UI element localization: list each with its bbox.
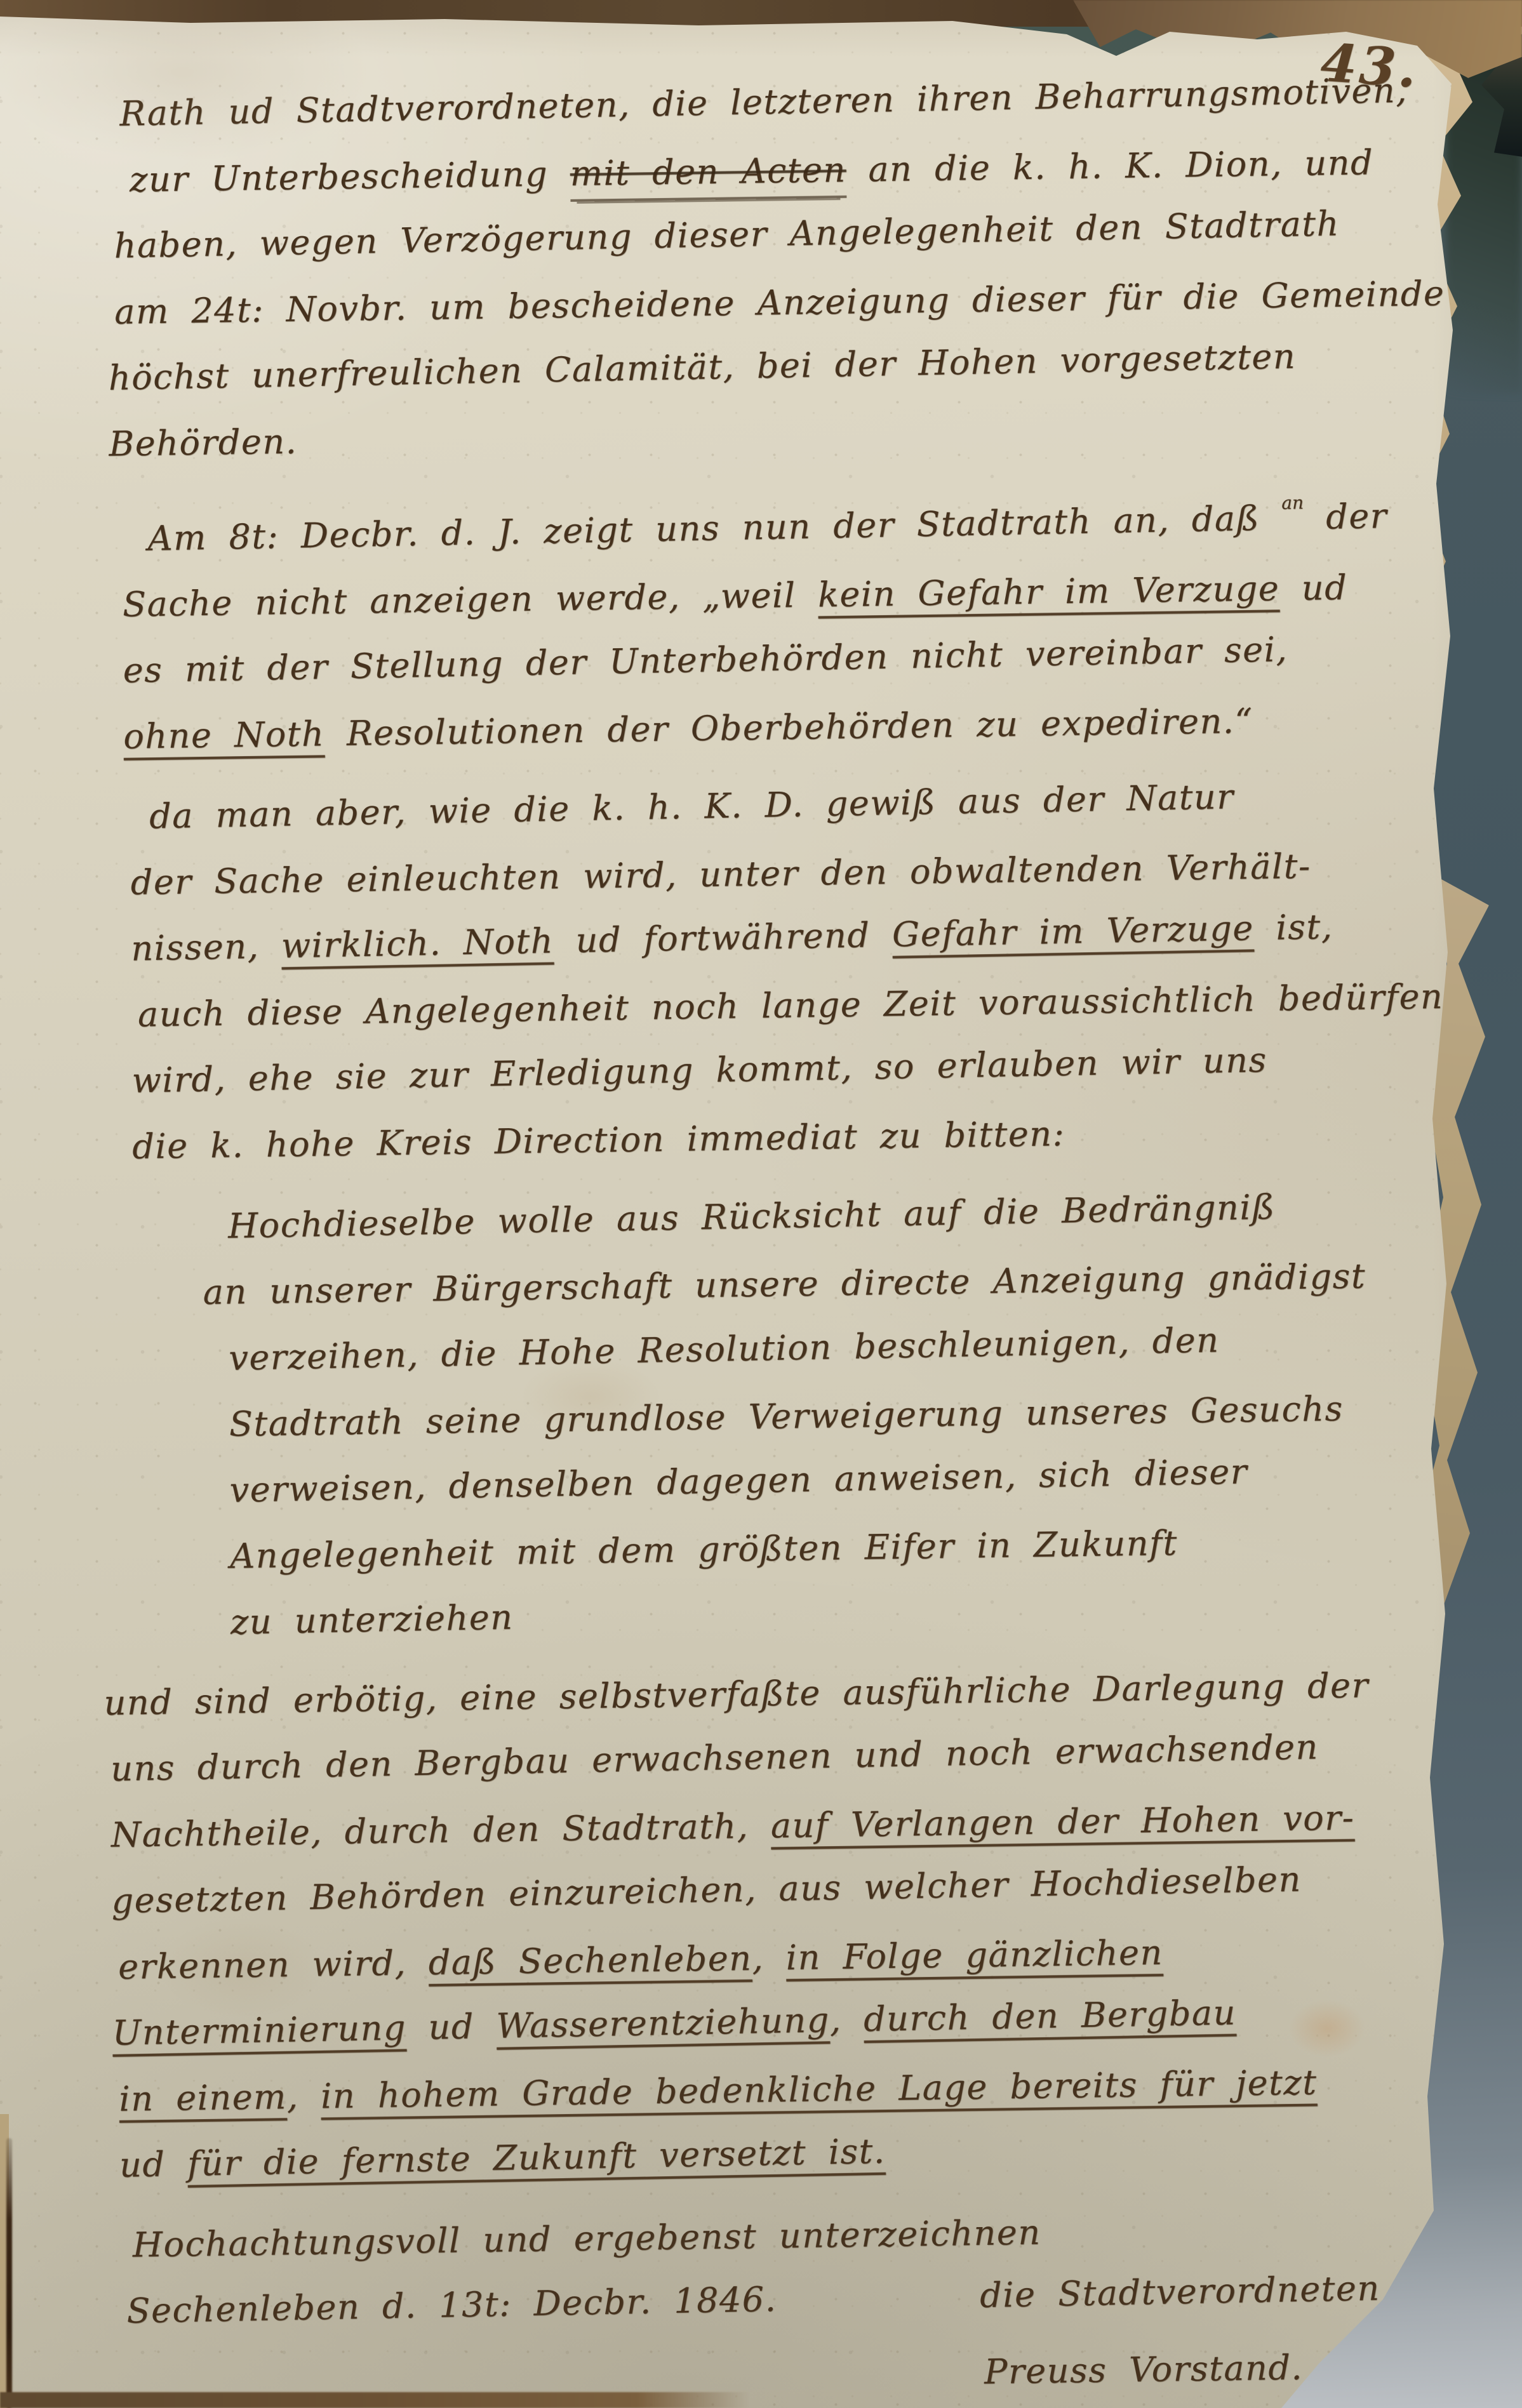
handwriting-segment: mit den Acten xyxy=(570,150,846,202)
handwriting-segment: Hochachtungsvoll und ergebenst unterzeic… xyxy=(132,2212,1041,2265)
handwriting-segment: verzeihen, die Hohe Resolution beschleun… xyxy=(229,1320,1220,1378)
handwriting-line: Behörden. xyxy=(109,392,1468,477)
handwriting-segment: gesetzten Behörden einzureichen, aus wel… xyxy=(111,1859,1302,1921)
handwriting-line: Sache nicht anzeigen werde, „weil kein G… xyxy=(122,553,1469,638)
handwriting-line: Hochachtungsvoll und ergebenst unterzeic… xyxy=(132,2193,1479,2278)
handwriting-line: Rath ud Stadtverordneten, die letzteren … xyxy=(119,57,1466,147)
handwriting-segment: in hohem Grade bedenkliche Lage bereits … xyxy=(321,2063,1318,2117)
handwriting-line: Hochdieselbe wolle aus Rücksicht auf die… xyxy=(227,1171,1473,1260)
handwriting-segment: für die fernste Zukunft versetzt ist. xyxy=(187,2131,885,2184)
handwriting-line: verweisen, denselben dagegen anweisen, s… xyxy=(229,1435,1475,1524)
handwriting-line: ohne Noth Resolutionen der Oberbehörden … xyxy=(123,685,1470,770)
handwriting-segment: ohne Noth xyxy=(123,714,325,757)
handwriting-segment: Stadtrath seine grundlose Verweigerung u… xyxy=(229,1389,1344,1444)
handwriting-segment: an unserer Bürgerschaft unsere directe A… xyxy=(203,1256,1366,1313)
handwriting-segment: Behörden. xyxy=(109,422,298,464)
handwriting-line: der Sache einleuchten wird, unter den ob… xyxy=(130,831,1471,915)
handwriting-line: höchst unerfreulichen Calamität, bei der… xyxy=(108,321,1468,411)
handwriting-line: zu unterziehen xyxy=(230,1567,1476,1656)
handwriting-line: Unterminierung ud Wasserentziehung, durc… xyxy=(112,1976,1478,2066)
handwriting-segment: , xyxy=(829,1999,864,2040)
handwriting-segment: der xyxy=(1304,496,1388,537)
handwriting-line: wird, ehe sie zur Erledigung kommt, so e… xyxy=(131,1023,1472,1114)
paper-stain xyxy=(521,1359,660,1435)
handwriting-line: da man aber, wie die k. h. K. D. gewiß a… xyxy=(149,760,1471,850)
handwriting-segment: auf Verlangen der Hohen vor- xyxy=(770,1798,1354,1846)
handwriting-line: Stadtrath seine grundlose Verweigerung u… xyxy=(229,1374,1474,1458)
handwriting-segment: durch den Bergbau xyxy=(863,1993,1236,2040)
handwriting-line: auch diese Angelegenheit noch lange Zeit… xyxy=(137,964,1471,1048)
handwriting-segment: haben, wegen Verzögerung dieser Angelege… xyxy=(114,203,1340,265)
handwriting-segment: ud xyxy=(1279,568,1348,608)
handwriting-segment: am 24t: Novbr. um bescheidene Anzeigung … xyxy=(114,274,1445,332)
handwriting-line: in einem, in hohem Grade bedenkliche Lag… xyxy=(119,2047,1478,2132)
lower-page-edge xyxy=(0,2392,749,2408)
handwriting-line: haben, wegen Verzögerung dieser Angelege… xyxy=(114,189,1467,279)
handwriting-line: Nachtheile, durch den Stadtrath, auf Ver… xyxy=(110,1783,1476,1868)
handwriting-line: Preuss Vorstand. xyxy=(984,2332,1479,2405)
handwriting-segment: ist, xyxy=(1253,907,1333,948)
handwriting-line: gesetzten Behörden einzureichen, aus wel… xyxy=(111,1844,1478,1934)
handwriting-segment: Unterminierung xyxy=(112,2008,406,2053)
handwriting-segment: verweisen, denselben dagegen anweisen, s… xyxy=(229,1452,1248,1510)
handwriting-line: ud für die fernste Zukunft versetzt ist. xyxy=(119,2108,1479,2198)
handwriting-line: Angelegenheit mit dem größten Eifer in Z… xyxy=(229,1507,1474,1590)
handwriting-line: uns durch den Bergbau erwachsenen und no… xyxy=(110,1712,1476,1802)
handwriting-segment: Sechenleben d. 13t: Decbr. 1846. xyxy=(126,2279,777,2331)
handwriting-line: erkennen wird, daß Sechenleben, in Folge… xyxy=(117,1915,1477,2000)
handwriting-line: nissen, wirklich. Noth ud fortwährend Ge… xyxy=(130,891,1471,982)
handwriting-segment: zu unterziehen xyxy=(230,1597,514,1642)
handwriting-segment: zur Unterbescheidung xyxy=(130,154,571,200)
handwriting-line: am 24t: Novbr. um bescheidene Anzeigung … xyxy=(114,260,1467,345)
handwriting-segment: und sind erbötig, eine selbstverfaßte au… xyxy=(103,1665,1369,1723)
handwriting-segment: an xyxy=(1281,492,1304,514)
handwriting-segment: daß Sechenleben xyxy=(428,1938,752,1983)
handwriting-segment: kein Gefahr im Verzuge xyxy=(818,569,1280,615)
manuscript-page: 43. Rath ud Stadtverordneten, die letzte… xyxy=(0,0,1522,2408)
handwriting-segment: an die k. h. K. Dion, und xyxy=(846,142,1373,190)
handwriting-line: verzeihen, die Hohe Resolution beschleun… xyxy=(228,1303,1474,1392)
handwriting-line: an unserer Bürgerschaft unsere directe A… xyxy=(203,1242,1473,1326)
handwriting-segment: Resolutionen der Oberbehörden zu expedir… xyxy=(324,701,1253,754)
handwriting-segment: der Sache einleuchten wird, unter den ob… xyxy=(130,846,1311,903)
handwriting-segment: Rath ud Stadtverordneten, die letzteren … xyxy=(119,70,1408,134)
handwriting-segment: , xyxy=(752,1938,786,1978)
handwriting-segment: in Folge gänzlichen xyxy=(785,1932,1163,1978)
handwriting-segment: die k. hohe Kreis Direction immediat zu … xyxy=(132,1114,1065,1167)
handwriting-segment: Angelegenheit mit dem größten Eifer in Z… xyxy=(230,1523,1178,1576)
handwriting-segment: wird, ehe sie zur Erledigung kommt, so e… xyxy=(131,1040,1267,1101)
handwriting-segment: erkennen wird, xyxy=(118,1943,429,1987)
handwriting-segment: Preuss Vorstand. xyxy=(984,2348,1304,2392)
handwriting-segment: es mit der Stellung der Unterbehörden ni… xyxy=(123,629,1288,691)
handwriting-segment: wirklich. Noth xyxy=(281,921,554,966)
handwriting-segment: nissen, xyxy=(131,926,282,969)
handwriting-line: und sind erbötig, eine selbstverfaßte au… xyxy=(103,1651,1476,1736)
handwriting-segment: auch diese Angelegenheit noch lange Zeit… xyxy=(138,976,1444,1035)
handwriting-segment: da man aber, wie die k. h. K. D. gewiß a… xyxy=(149,776,1234,836)
handwriting-segment: Am 8t: Decbr. d. J. zeigt uns nun der St… xyxy=(147,498,1282,559)
handwriting-block: Rath ud Stadtverordneten, die letzteren … xyxy=(94,73,1479,2408)
handwriting-line: zur Unterbescheidung mit den Acten an di… xyxy=(129,128,1466,213)
handwriting-line: Sechenleben d. 13t: Decbr. 1846.die Stad… xyxy=(126,2254,1480,2345)
handwriting-segment: Nachtheile, durch den Stadtrath, xyxy=(110,1806,771,1856)
handwriting-segment: ud xyxy=(406,2006,497,2048)
binding-gutter-line xyxy=(6,2138,12,2408)
handwriting-segment: Sache nicht anzeigen werde, „weil xyxy=(123,575,818,625)
handwriting-segment: Gefahr im Verzuge xyxy=(891,908,1254,955)
handwriting-segment: Hochdieselbe wolle aus Rücksicht auf die… xyxy=(227,1187,1276,1246)
handwriting-segment: die Stadtverordneten ud xyxy=(980,2267,1448,2316)
handwriting-segment: ud xyxy=(119,2144,187,2185)
handwriting-segment: uns durch den Bergbau erwachsenen und no… xyxy=(110,1727,1319,1789)
handwriting-segment: in einem xyxy=(119,2077,287,2119)
handwriting-segment: , xyxy=(286,2077,321,2117)
paper-stain xyxy=(1289,2000,1365,2057)
paper-stain xyxy=(159,1917,324,2019)
handwriting-segment: Wasserentziehung xyxy=(496,2000,830,2046)
handwriting-segment: höchst unerfreulichen Calamität, bei der… xyxy=(108,336,1296,398)
manuscript-scan: 43. Rath ud Stadtverordneten, die letzte… xyxy=(0,0,1522,2408)
handwriting-line: Am 8t: Decbr. d. J. zeigt uns nun der St… xyxy=(147,467,1469,571)
handwriting-segment: ud fortwährend xyxy=(553,915,892,961)
handwriting-line: die k. hohe Kreis Direction immediat zu … xyxy=(132,1095,1472,1180)
handwriting-line: es mit der Stellung der Unterbehörden ni… xyxy=(123,613,1470,704)
